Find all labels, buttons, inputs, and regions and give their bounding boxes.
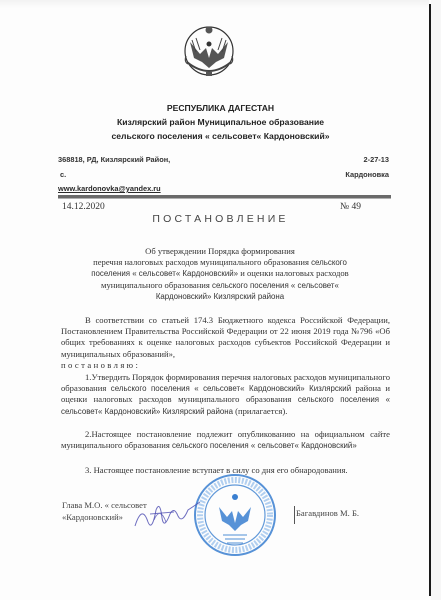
phone-number: 2-27-13 (364, 155, 389, 164)
scan-shade (0, 0, 429, 8)
subject-text: перечня налоговых расходов муниципальног… (93, 257, 311, 267)
handwritten-signature-icon (130, 496, 205, 536)
subject-line: муниципального образования сельского пос… (60, 280, 380, 291)
document-number: № 49 (340, 202, 361, 212)
subject-text: сельского поселения « сельсовет« (212, 281, 339, 290)
subject-line: Об утверждении Порядка формирования (60, 246, 380, 257)
email-link[interactable]: www.kardonovka@yandex.ru (58, 184, 161, 193)
signature-mark (294, 506, 295, 524)
signatory-name: Багавдинов М. Б. (296, 508, 359, 518)
document-title: ПОСТАНОВЛЕНИЕ (0, 213, 441, 225)
item-text: сельского поселения « сельсовет« Кардоно… (111, 384, 351, 393)
document-subject: Об утверждении Порядка формирования пере… (60, 246, 380, 302)
subject-text: и оценки налоговых расходов (238, 268, 349, 278)
header-republic: РЕСПУБЛИКА ДАГЕСТАН (0, 103, 441, 113)
header-district: Кизлярский район Муниципальное образован… (0, 117, 441, 127)
address-line2: с. (60, 170, 66, 179)
decree-word: постановляю: (61, 360, 390, 371)
subject-text: муниципального образования (101, 280, 212, 290)
item-text: (прилагается). (233, 406, 287, 416)
official-seal-stamp-icon (193, 473, 277, 557)
preamble-paragraph: В соответствии со статьей 174.3 Бюджетно… (61, 315, 390, 371)
address-line1: 368818, РД, Кизлярский Район, (58, 155, 170, 164)
dagestan-coat-of-arms-icon (178, 18, 240, 80)
header-divider-thin (58, 198, 391, 199)
header-settlement: сельского поселения « сельсовет« Кардоно… (0, 131, 441, 141)
subject-line: Кардоновский» Кизлярский района (60, 291, 380, 302)
subject-line: поселения « сельсовет« Кардоновский» и о… (60, 268, 380, 279)
subject-text: сельского (311, 258, 347, 267)
document-page: РЕСПУБЛИКА ДАГЕСТАН Кизлярский район Мун… (0, 0, 441, 600)
subject-text: поселения « сельсовет« Кардоновский» (91, 269, 238, 278)
item-text: сельского поселения « сельсовет« Кардоно… (172, 441, 357, 450)
preamble-text: В соответствии со статьей 174.3 Бюджетно… (61, 315, 390, 360)
subject-line: перечня налоговых расходов муниципальног… (60, 257, 380, 268)
scan-margin (431, 0, 441, 600)
document-date: 14.12.2020 (62, 202, 105, 212)
item-1-paragraph: 1.Утвердить Порядок формирования перечня… (61, 372, 390, 417)
village-name: Кардоновка (345, 170, 389, 179)
item-2-paragraph: 2.Настоящее постановление подлежит опубл… (61, 429, 390, 451)
